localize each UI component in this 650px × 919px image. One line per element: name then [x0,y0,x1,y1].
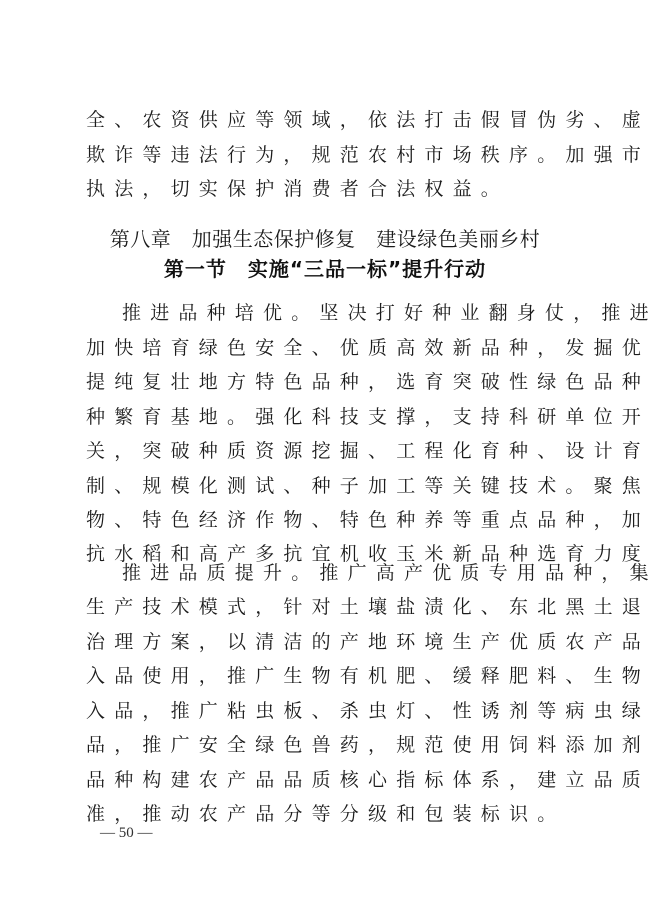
body-line: 制、规模化测试、种子加工等关键技术。聚焦优质粮油作 [86,469,568,503]
body-line: 品，推广安全绿色兽药，规范使用饲料添加剂。分行业、分 [86,728,568,762]
body-line: 欺诈等违法行为，规范农村市场秩序。加强市场监督和行政 [86,138,568,172]
body-line: 关，突破种质资源挖掘、工程化育种、设计育种、新品种创 [86,434,568,468]
body-line: 品种构建农产品品质核心指标体系，建立品质评价方法标 [86,763,568,797]
body-line: 种繁育基地。强化科技支撑，支持科研单位开展育种联合攻 [86,400,568,434]
body-line: 执法，切实保护消费者合法权益。 [86,172,568,206]
body-line: 入品，推广粘虫板、杀虫灯、性诱剂等病虫绿色防控技术产 [86,694,568,728]
section-heading: 第一节 实施“三品一标”提升行动 [0,254,650,284]
body-line: 全、农资供应等领域，依法打击假冒伪劣、虚假宣传、价格 [86,103,568,137]
chapter-heading: 第八章 加强生态保护修复 建设绿色美丽乡村 [0,224,650,254]
body-line: 治理方案，以清洁的产地环境生产优质农产品。严格农业投 [86,625,568,659]
paragraph-first-line: 推进品种培优。坚决打好种业翻身仗，推进育种创新， [122,296,568,330]
page-number: — 50 — [100,818,153,848]
body-line: 入品使用，推广生物有机肥、缓释肥料、生物农药等绿色投 [86,659,568,693]
body-line: 准，推动农产品分等分级和包装标识。 [86,797,568,831]
body-line: 物、特色经济作物、特色种养等重点品种，加大优质高产多 [86,503,568,537]
document-page: 全、农资供应等领域，依法打击假冒伪劣、虚假宣传、价格 欺诈等违法行为，规范农村市… [0,0,650,919]
body-line: 加快培育绿色安全、优质高效新品种，发掘优异种质资源， [86,331,568,365]
paragraph-first-line: 推进品质提升。推广高产优质专用品种，集成推广绿色 [122,556,568,590]
body-line: 生产技术模式，针对土壤盐渍化、东北黑土退化等制定完善 [86,590,568,624]
body-line: 提纯复壮地方特色品种，选育突破性绿色品种，建设一批良 [86,365,568,399]
